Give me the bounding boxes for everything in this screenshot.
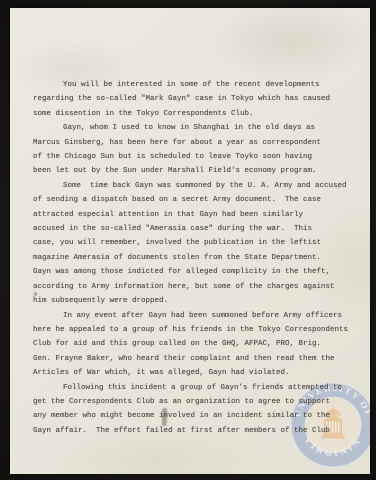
text-line: of the Chicago Sun but is scheduled to l… [33, 150, 356, 164]
text-line: Following this incident a group of Gayn'… [33, 381, 356, 395]
text-line: Gayn affair. The effort failed at first … [33, 424, 356, 438]
text-line: of sending a dispatch based on a secret … [33, 193, 356, 207]
document-text: You will be interested in some of the re… [10, 8, 370, 438]
text-line: regarding the so-called "Mark Gayn" case… [33, 92, 356, 106]
text-line: Articles of War which, it was alleged, G… [33, 366, 356, 380]
ink-smudge [162, 408, 168, 426]
text-line: Some time back Gayn was summoned by the … [33, 179, 356, 193]
text-line: Club for aid and this group called on th… [33, 337, 356, 351]
ink-speck [34, 292, 37, 296]
paragraph: Gayn, whom I used to know in Shanghai in… [33, 121, 356, 179]
text-line: Gen. Frayne Baker, who heard their compl… [33, 352, 356, 366]
text-line: here he appealed to a group of his frien… [33, 323, 356, 337]
text-line: any member who might become involved in … [33, 409, 356, 423]
text-line: get the Correspondents Club as an organi… [33, 395, 356, 409]
text-line: according to Army information here, but … [33, 280, 356, 294]
paragraph: In any event after Gayn had been summone… [33, 309, 356, 381]
paragraph: You will be interested in some of the re… [33, 78, 356, 121]
text-line: Marcus Ginsberg, has been here for about… [33, 136, 356, 150]
text-line: You will be interested in some of the re… [33, 78, 356, 92]
text-line: accused in the so-called "Amerasia case"… [33, 222, 356, 236]
text-line: him subsequently were dropped. [33, 294, 356, 308]
text-line: Gayn, whom I used to know in Shanghai in… [33, 121, 356, 135]
paragraph: Some time back Gayn was summoned by the … [33, 179, 356, 309]
text-line: magazine Amerasia of documents stolen fr… [33, 251, 356, 265]
text-line: In any event after Gayn had been summone… [33, 309, 356, 323]
text-line: been let out by the Sun under Marshall F… [33, 164, 356, 178]
text-line: case, you will remember, involved the pu… [33, 236, 356, 250]
paragraph: Following this incident a group of Gayn'… [33, 381, 356, 439]
paper: UNIVERSITY OF VIRGINIA You will be inter… [10, 8, 370, 474]
photo-backdrop: UNIVERSITY OF VIRGINIA You will be inter… [0, 0, 376, 480]
text-line: some dissention in the Tokyo Corresponde… [33, 107, 356, 121]
text-line: attracted especial attention in that Gay… [33, 208, 356, 222]
text-line: Gayn was among those indicted for allege… [33, 265, 356, 279]
